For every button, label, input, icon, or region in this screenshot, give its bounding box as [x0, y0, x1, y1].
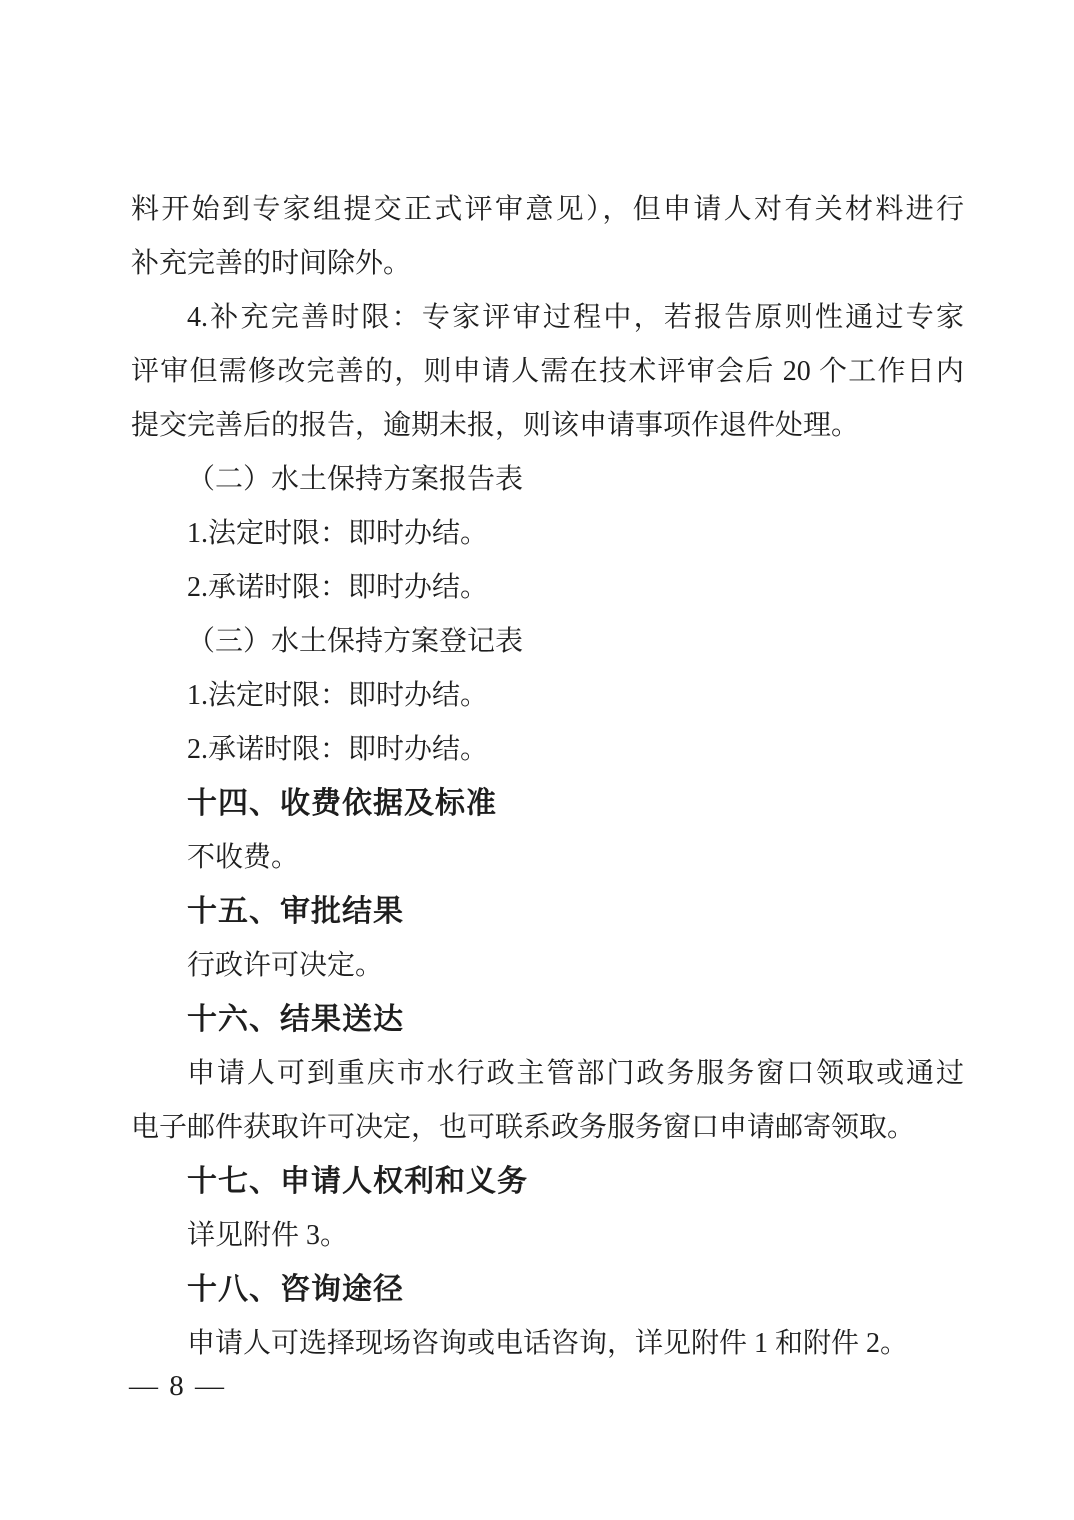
document-line: 料开始到专家组提交正式评审意见），但申请人对有关材料进行: [131, 183, 964, 237]
document-line: 详见附件 3。: [131, 1209, 964, 1263]
section-heading: 十五、审批结果: [131, 885, 964, 939]
document-line: 提交完善后的报告，逾期未报，则该申请事项作退件处理。: [131, 399, 964, 453]
document-line: （三）水土保持方案登记表: [131, 615, 964, 669]
section-heading: 十六、结果送达: [131, 993, 964, 1047]
document-line: 不收费。: [131, 831, 964, 885]
document-line: 评审但需修改完善的，则申请人需在技术评审会后 20 个工作日内: [131, 345, 964, 399]
document-body: 料开始到专家组提交正式评审意见），但申请人对有关材料进行补充完善的时间除外。4.…: [131, 183, 964, 1371]
document-line: 补充完善的时间除外。: [131, 237, 964, 291]
document-line: （二）水土保持方案报告表: [131, 453, 964, 507]
document-page: 料开始到专家组提交正式评审意见），但申请人对有关材料进行补充完善的时间除外。4.…: [0, 0, 1074, 1520]
document-line: 4.补充完善时限：专家评审过程中，若报告原则性通过专家: [131, 291, 964, 345]
section-heading: 十八、咨询途径: [131, 1263, 964, 1317]
document-line: 2.承诺时限：即时办结。: [131, 561, 964, 615]
page-number: — 8 —: [129, 1369, 226, 1403]
document-line: 电子邮件获取许可决定，也可联系政务服务窗口申请邮寄领取。: [131, 1101, 964, 1155]
document-line: 1.法定时限：即时办结。: [131, 669, 964, 723]
document-line: 申请人可选择现场咨询或电话咨询，详见附件 1 和附件 2。: [131, 1317, 964, 1371]
document-line: 2.承诺时限：即时办结。: [131, 723, 964, 777]
document-line: 行政许可决定。: [131, 939, 964, 993]
section-heading: 十四、收费依据及标准: [131, 777, 964, 831]
section-heading: 十七、申请人权利和义务: [131, 1155, 964, 1209]
document-line: 申请人可到重庆市水行政主管部门政务服务窗口领取或通过: [131, 1047, 964, 1101]
document-line: 1.法定时限：即时办结。: [131, 507, 964, 561]
